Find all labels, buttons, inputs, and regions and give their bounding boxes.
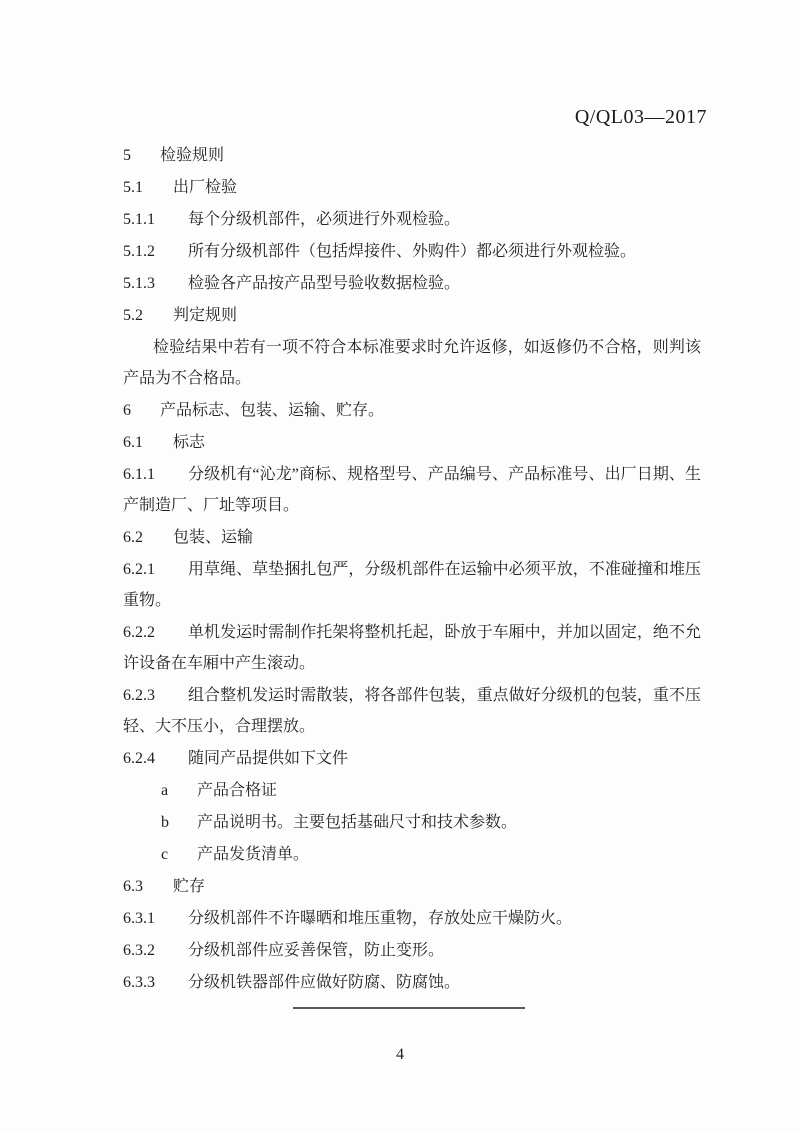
document-body: 5检验规则 5.1出厂检验 5.1.1每个分级机部件，必须进行外观检验。 5.1… xyxy=(123,140,701,999)
clause: c产品发货清单。 xyxy=(123,839,701,870)
clause: 6.2.4随同产品提供如下文件 xyxy=(123,743,701,774)
clause: 6.3.1分级机部件不许曝晒和堆压重物，存放处应干燥防火。 xyxy=(123,903,701,934)
clause-number: 5.1 xyxy=(123,172,173,203)
clause-text: 单机发运时需制作托架将整机托起，卧放于车厢中，并加以固定，绝不允许设备在车厢中产… xyxy=(123,624,701,672)
clause-number: 5.1.3 xyxy=(123,268,188,299)
clause-text: 用草绳、草垫捆扎包严，分级机部件在运输中必须平放，不准碰撞和堆压重物。 xyxy=(123,561,701,609)
clause-number: 6.2.2 xyxy=(123,617,188,648)
clause-number: 6.2.3 xyxy=(123,680,188,711)
clause: 6.1.1分级机有“沁龙”商标、规格型号、产品编号、产品标准号、出厂日期、生产制… xyxy=(123,459,701,521)
page-number: 4 xyxy=(0,1046,800,1064)
clause-number: 5.1.1 xyxy=(123,204,188,235)
clause: 6.2包装、运输 xyxy=(123,522,701,553)
clause-text: 产品合格证 xyxy=(197,782,277,799)
clause-text: 产品发货清单。 xyxy=(197,846,309,863)
clause: 5.1.2所有分级机部件（包括焊接件、外购件）都必须进行外观检验。 xyxy=(123,236,701,267)
clause-number: 6.3.3 xyxy=(123,967,188,998)
clause-text: 分级机有“沁龙”商标、规格型号、产品编号、产品标准号、出厂日期、生产制造厂、厂址… xyxy=(123,466,701,514)
clause-text: 分级机铁器部件应做好防腐、防腐蚀。 xyxy=(188,974,460,991)
clause-text: 标志 xyxy=(173,434,205,451)
clause-number: c xyxy=(161,839,197,870)
clause-number: 5 xyxy=(123,140,160,171)
clause: b产品说明书。主要包括基础尺寸和技术参数。 xyxy=(123,807,701,838)
clause-number: 6.1.1 xyxy=(123,459,188,490)
clause-text: 出厂检验 xyxy=(173,179,237,196)
document-page: Q/QL03—2017 5检验规则 5.1出厂检验 5.1.1每个分级机部件，必… xyxy=(0,0,800,1132)
clause-text: 分级机部件应妥善保管，防止变形。 xyxy=(188,942,444,959)
clause: 5检验规则 xyxy=(123,140,701,171)
clause-number: a xyxy=(161,775,197,806)
clause: 5.1出厂检验 xyxy=(123,172,701,203)
clause-number: 6.3.1 xyxy=(123,903,188,934)
clause-text: 判定规则 xyxy=(173,307,237,324)
clause-text: 所有分级机部件（包括焊接件、外购件）都必须进行外观检验。 xyxy=(188,243,636,260)
document-code: Q/QL03—2017 xyxy=(575,104,707,130)
clause-text: 随同产品提供如下文件 xyxy=(188,750,348,767)
clause-number: b xyxy=(161,807,197,838)
clause-number: 6 xyxy=(123,395,160,426)
clause-number: 6.3 xyxy=(123,871,173,902)
clause-text: 每个分级机部件，必须进行外观检验。 xyxy=(188,211,460,228)
clause-number: 5.2 xyxy=(123,300,173,331)
clause-text: 产品标志、包装、运输、贮存。 xyxy=(160,402,384,419)
clause: a产品合格证 xyxy=(123,775,701,806)
clause-number: 6.1 xyxy=(123,427,173,458)
clause: 6.3贮存 xyxy=(123,871,701,902)
clause-text: 组合整机发运时需散装，将各部件包装，重点做好分级机的包装，重不压轻、大不压小，合… xyxy=(123,687,701,735)
clause: 6.1标志 xyxy=(123,427,701,458)
clause: 5.1.1每个分级机部件，必须进行外观检验。 xyxy=(123,204,701,235)
clause: 6.2.2单机发运时需制作托架将整机托起，卧放于车厢中，并加以固定，绝不允许设备… xyxy=(123,617,701,679)
clause-text: 分级机部件不许曝晒和堆压重物，存放处应干燥防火。 xyxy=(188,910,572,927)
end-of-text-divider xyxy=(293,1007,525,1009)
clause-number: 6.2.4 xyxy=(123,743,188,774)
clause: 检验结果中若有一项不符合本标准要求时允许返修，如返修仍不合格，则判该产品为不合格… xyxy=(123,332,701,394)
clause-text: 包装、运输 xyxy=(173,529,253,546)
clause: 6.2.1用草绳、草垫捆扎包严，分级机部件在运输中必须平放，不准碰撞和堆压重物。 xyxy=(123,554,701,616)
clause-text: 产品说明书。主要包括基础尺寸和技术参数。 xyxy=(197,814,517,831)
clause-text: 检验规则 xyxy=(160,147,224,164)
clause: 6.2.3组合整机发运时需散装，将各部件包装，重点做好分级机的包装，重不压轻、大… xyxy=(123,680,701,742)
clause: 6.3.3分级机铁器部件应做好防腐、防腐蚀。 xyxy=(123,967,701,998)
clause-number: 6.2.1 xyxy=(123,554,188,585)
clause-text: 检验各产品按产品型号验收数据检验。 xyxy=(188,275,460,292)
clause: 5.2判定规则 xyxy=(123,300,701,331)
clause-number: 6.3.2 xyxy=(123,935,188,966)
clause: 5.1.3检验各产品按产品型号验收数据检验。 xyxy=(123,268,701,299)
clause-text: 检验结果中若有一项不符合本标准要求时允许返修，如返修仍不合格，则判该产品为不合格… xyxy=(123,339,701,387)
clause: 6产品标志、包装、运输、贮存。 xyxy=(123,395,701,426)
clause-number: 5.1.2 xyxy=(123,236,188,267)
clause-text: 贮存 xyxy=(173,878,205,895)
clause: 6.3.2分级机部件应妥善保管，防止变形。 xyxy=(123,935,701,966)
clause-number: 6.2 xyxy=(123,522,173,553)
